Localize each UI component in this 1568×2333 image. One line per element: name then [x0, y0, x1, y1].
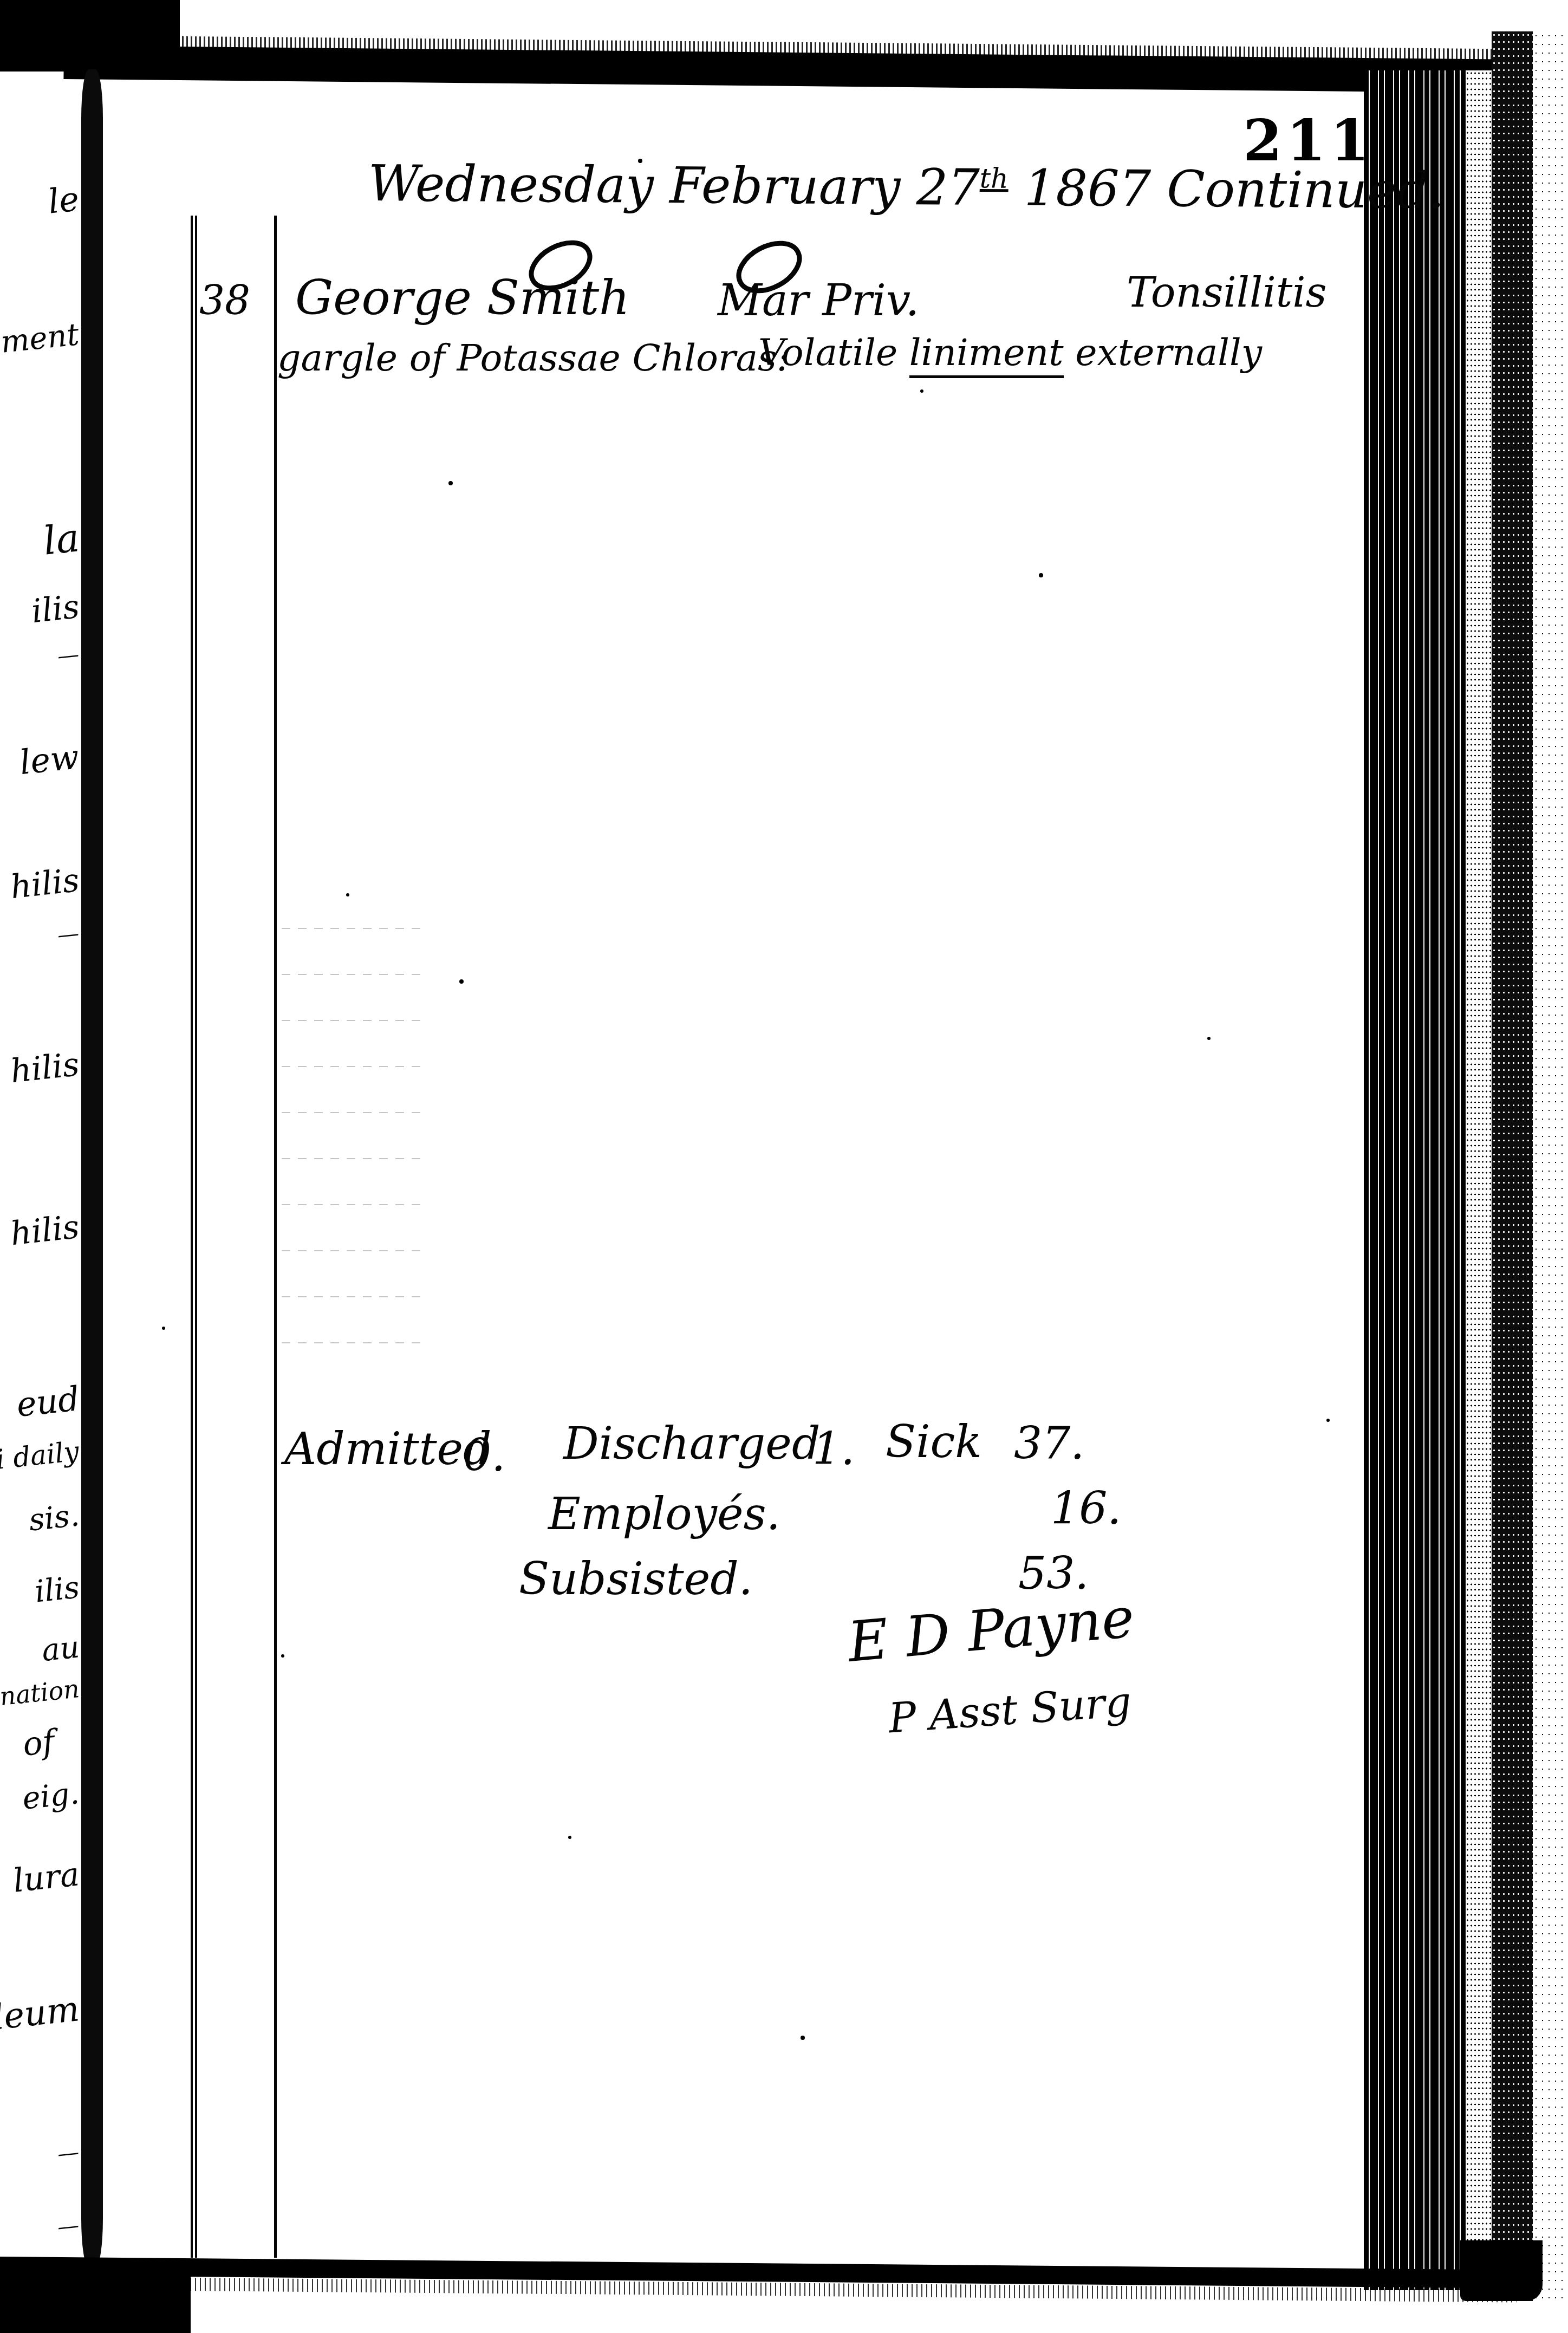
entry-number: 38 — [199, 277, 250, 324]
discharged-value: 1. — [812, 1424, 855, 1475]
margin-fragment: ination — [0, 1674, 81, 1712]
date-header: Wednesday February 27th 1867 Continued. — [368, 154, 1445, 220]
diagnosis: Tonsillitis — [1127, 268, 1327, 316]
book-gutter-shadow — [81, 69, 103, 2267]
margin-fragment: — — [56, 642, 81, 669]
margin-fragment: vement — [0, 317, 81, 364]
page-stack-edge — [1466, 70, 1493, 2290]
margin-fragment: — — [56, 921, 81, 948]
margin-fragment: hilis — [9, 861, 81, 906]
margin-fragment: hilis — [9, 1045, 81, 1090]
page-stack-edge — [1364, 70, 1467, 2290]
margin-fragment: of — [21, 1723, 56, 1764]
signature-title: P Asst Surg — [887, 1677, 1133, 1742]
employes-value: 16. — [1051, 1483, 1121, 1535]
margin-fragment: ilis — [29, 588, 81, 631]
date-header-tail: 1867 Continued. — [1008, 159, 1445, 220]
margin-fragment: lura — [11, 1855, 81, 1900]
treatment-line2-end: externally — [1064, 332, 1263, 374]
sick-value: 37. — [1014, 1418, 1084, 1470]
margin-fragment: eig. — [21, 1776, 81, 1817]
treatment-line2: Volatile liniment externally — [758, 332, 1262, 374]
scanned-ledger-page: le vement la ilis — lew hilis — hilis hi… — [0, 0, 1568, 2333]
margin-fragment: — — [56, 2213, 81, 2240]
ledger-column-rule — [274, 216, 277, 2258]
admitted-label: Admitted — [284, 1424, 492, 1475]
signature-name: E D Payne — [845, 1585, 1137, 1675]
date-ordinal-suffix: th — [980, 162, 1009, 194]
margin-fragment: lew — [18, 737, 81, 782]
scan-specks — [0, 0, 2, 2]
previous-page-margin: le vement la ilis — lew hilis — hilis hi… — [0, 0, 81, 2333]
margin-fragment: leum — [0, 1989, 81, 2038]
date-header-text: Wednesday February 27 — [368, 154, 980, 217]
margin-fragment: la — [41, 515, 81, 563]
feint-line-remnants — [282, 883, 428, 1349]
treatment-line2-start: Volatile — [758, 332, 909, 374]
margin-fragment: le — [47, 179, 81, 222]
margin-fragment: ilis — [33, 1570, 81, 1609]
subsisted-label: Subsisted. — [519, 1554, 753, 1605]
ledger-column-rule — [191, 216, 193, 2258]
margin-fragment: — — [56, 2140, 81, 2167]
discharged-label: Discharged — [563, 1418, 820, 1470]
scan-corner-shadow — [0, 2262, 191, 2333]
admitted-value: 0. — [463, 1430, 505, 1481]
margin-fragment: ei daily — [0, 1435, 81, 1477]
page-stack-edge — [1533, 31, 1568, 2301]
margin-fragment: hilis — [9, 1208, 81, 1253]
patient-name: George Smith — [295, 270, 630, 326]
margin-fragment: au — [40, 1629, 81, 1668]
margin-fragment: sis. — [27, 1498, 81, 1538]
page-stack-edge — [1492, 31, 1534, 2301]
ledger-column-rule — [195, 216, 197, 2258]
treatment-line2-underlined: liniment — [909, 332, 1064, 378]
margin-fragment: eud — [15, 1379, 81, 1425]
treatment-line1: gargle of Potassae Chloras: — [277, 337, 789, 380]
sick-label: Sick — [886, 1416, 982, 1468]
patient-rank: Mar Priv. — [718, 275, 919, 326]
employes-label: Employés. — [548, 1489, 780, 1540]
